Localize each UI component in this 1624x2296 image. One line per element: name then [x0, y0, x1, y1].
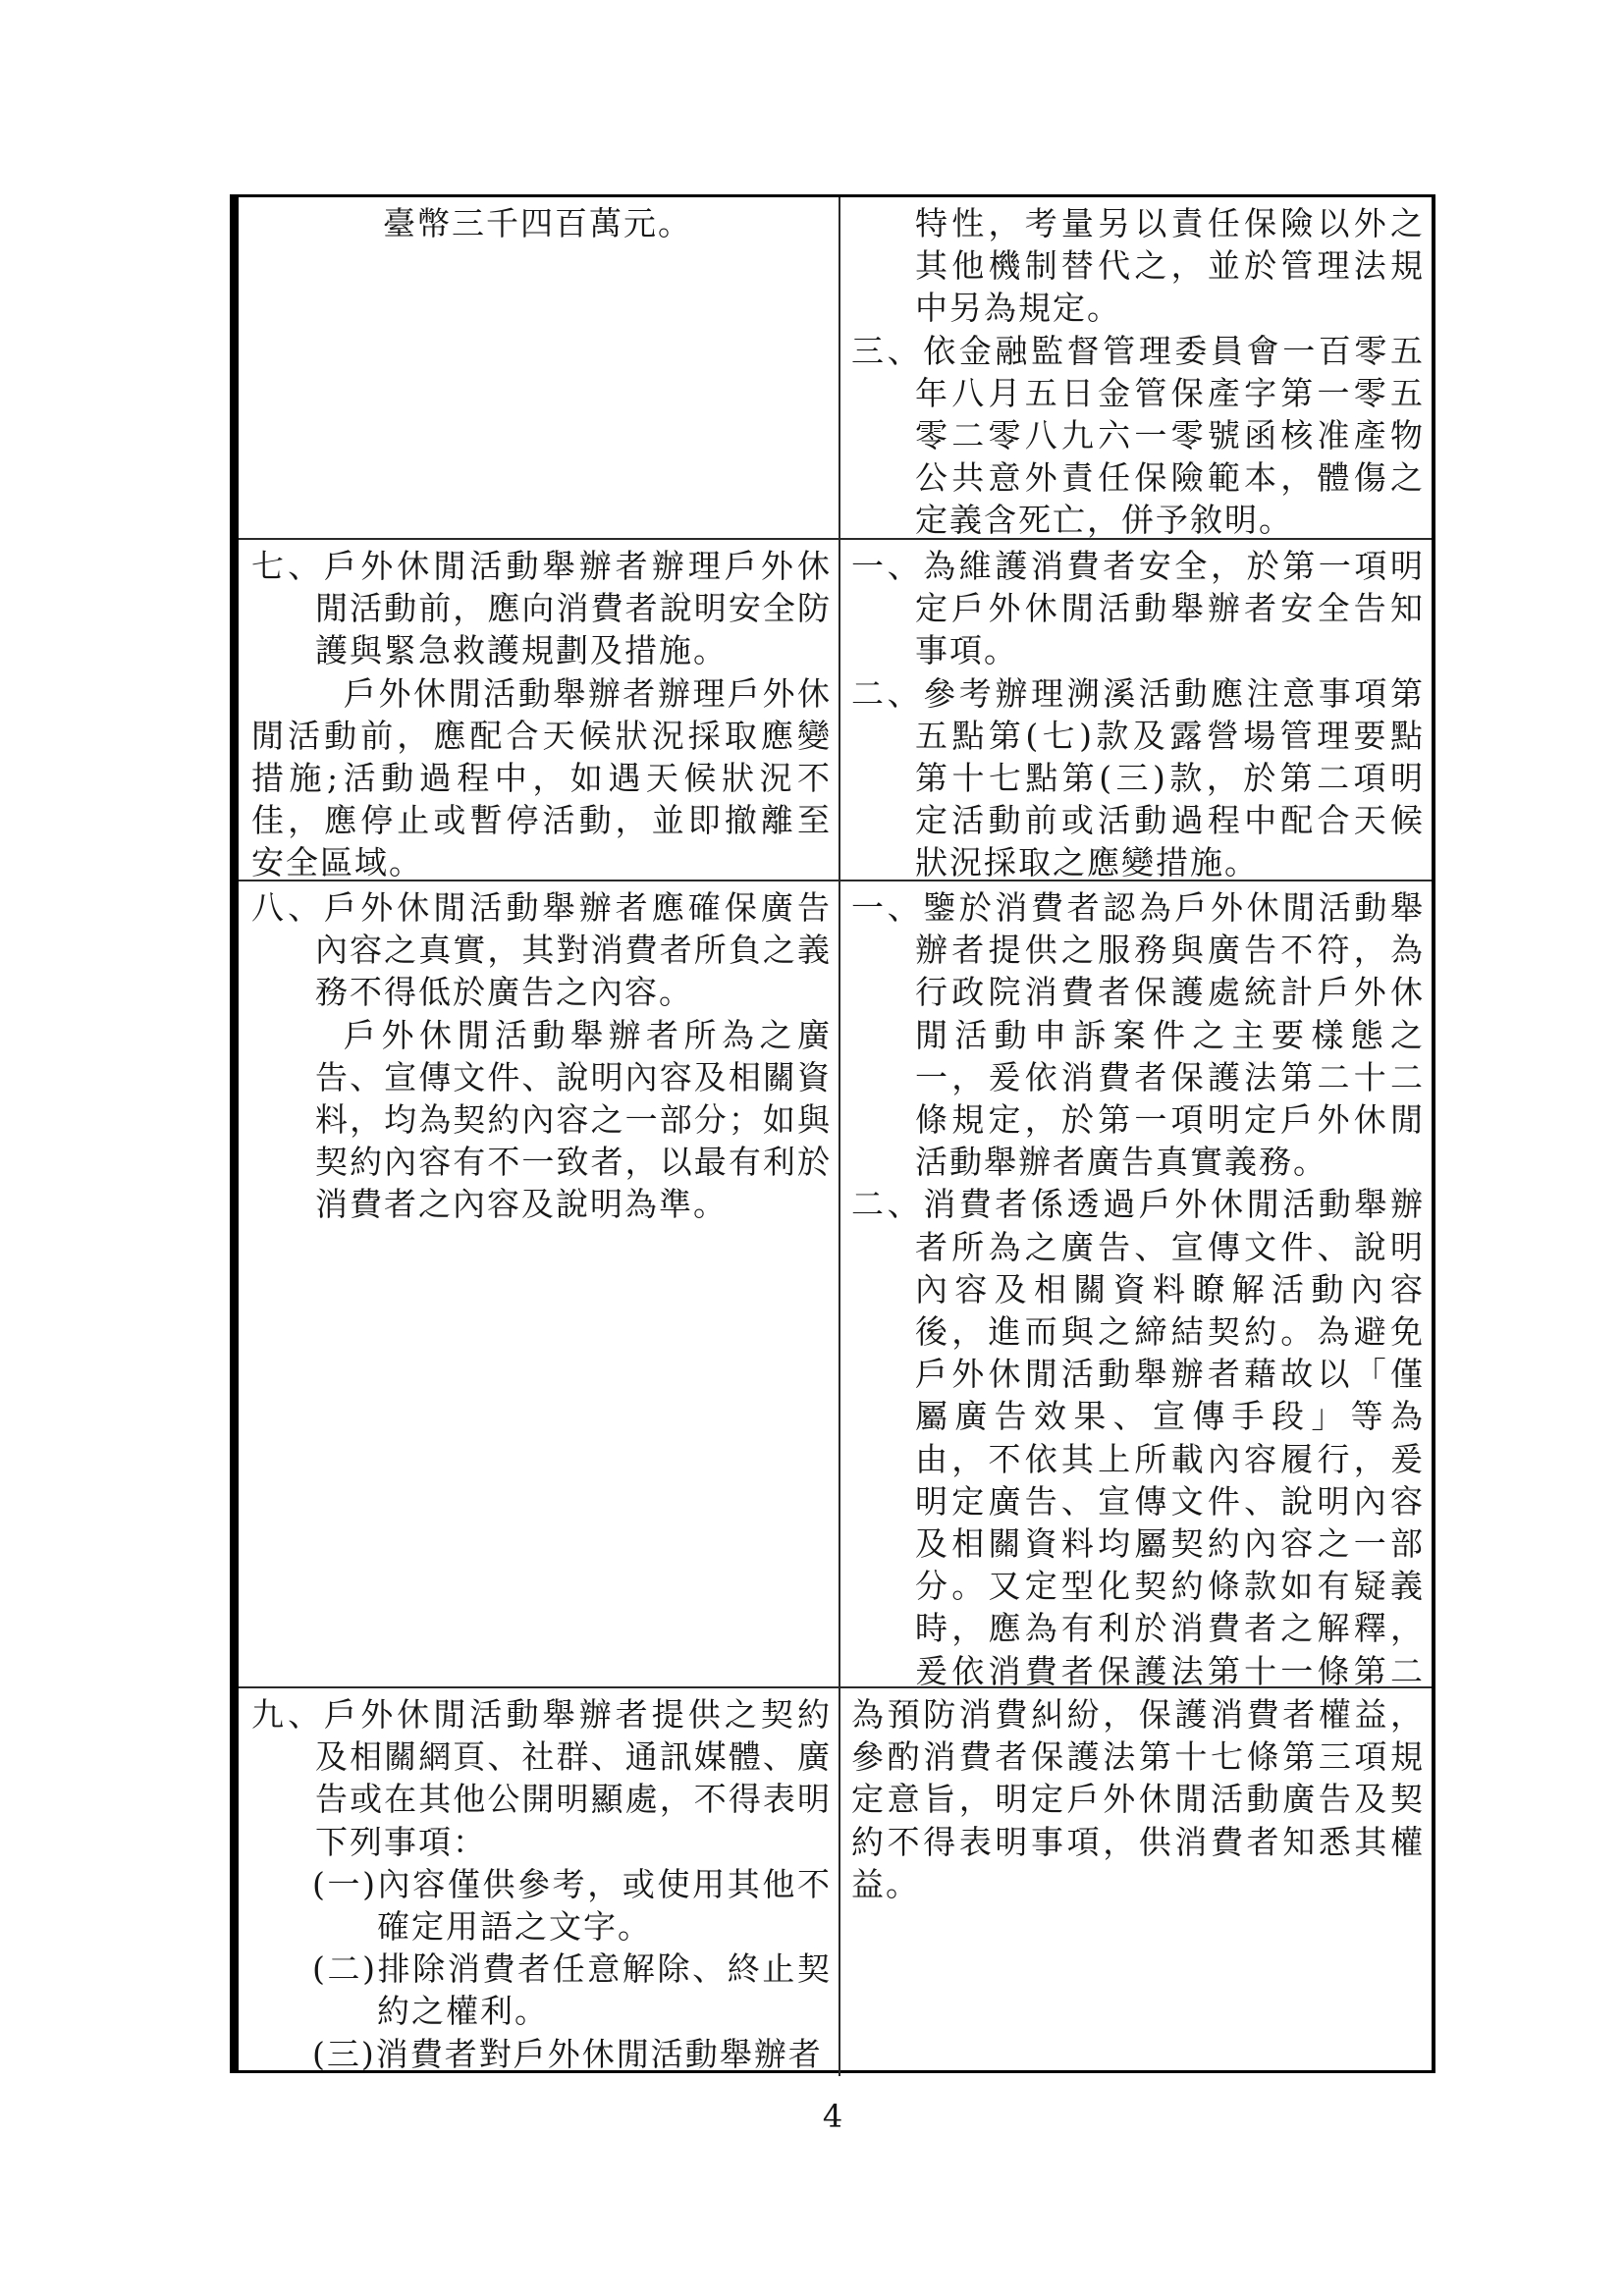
explanation-cell: 一、為維護消費者安全，於第一項明定戶外休閒活動舉辦者安全告知事項。 二、參考辦理… — [840, 540, 1432, 880]
explanation-paragraph: 為預防消費糾紛，保護消費者權益，參酌消費者保護法第十七條第三項規定意旨，明定戶外… — [851, 1693, 1425, 1905]
explanation-paragraph: 一、鑒於消費者認為戶外休閒活動舉辦者提供之服務與廣告不符，為行政院消費者保護處統… — [851, 886, 1425, 1183]
table-row: 八、戶外休閒活動舉辦者應確保廣告內容之真實，其對消費者所負之義務不得低於廣告之內… — [239, 880, 1432, 1686]
explanation-cell: 為預防消費糾紛，保護消費者權益，參酌消費者保護法第十七條第三項規定意旨，明定戶外… — [840, 1688, 1432, 2076]
explanation-paragraph: 一、為維護消費者安全，於第一項明定戶外休閒活動舉辦者安全告知事項。 — [851, 545, 1425, 672]
explanation-paragraph: 二、參考辦理溯溪活動應注意事項第五點第(七)款及露營場管理要點第十七點第(三)款… — [851, 672, 1425, 880]
document-page: 臺幣三千四百萬元。 特性，考量另以責任保險以外之其他機制替代之，並於管理法規中另… — [0, 0, 1624, 2296]
explanation-paragraph: 三、依金融監督管理委員會一百零五年八月五日金管保產字第一零五零二零八九六一零號函… — [851, 330, 1425, 538]
explanation-paragraph: 特性，考量另以責任保險以外之其他機制替代之，並於管理法規中另為規定。 — [851, 202, 1425, 330]
provision-cell: 七、戶外休閒活動舉辦者辦理戶外休閒活動前，應向消費者說明安全防護與緊急救護規劃及… — [239, 540, 840, 880]
provision-paragraph: 臺幣三千四百萬元。 — [251, 202, 832, 244]
explanation-paragraph: 二、消費者係透過戶外休閒活動舉辦者所為之廣告、宣傳文件、說明內容及相關資料瞭解活… — [851, 1183, 1425, 1686]
provision-subitem-paragraph: (一)內容僅供參考，或使用其他不確定用語之文字。 — [251, 1863, 832, 1948]
explanation-cell: 特性，考量另以責任保險以外之其他機制替代之，並於管理法規中另為規定。 三、依金融… — [840, 197, 1432, 538]
provision-cell: 九、戶外休閒活動舉辦者提供之契約及相關網頁、社群、通訊媒體、廣告或在其他公開明顯… — [239, 1688, 840, 2076]
provision-paragraph: 七、戶外休閒活動舉辦者辦理戶外休閒活動前，應向消費者說明安全防護與緊急救護規劃及… — [251, 545, 832, 672]
provision-paragraph: 戶外休閒活動舉辦者辦理戶外休閒活動前，應配合天候狀況採取應變措施;活動過程中，如… — [251, 672, 832, 880]
table-row: 臺幣三千四百萬元。 特性，考量另以責任保險以外之其他機制替代之，並於管理法規中另… — [239, 197, 1432, 538]
page-number: 4 — [230, 2098, 1435, 2135]
table-row: 七、戶外休閒活動舉辦者辦理戶外休閒活動前，應向消費者說明安全防護與緊急救護規劃及… — [239, 538, 1432, 880]
provision-subitem-paragraph: (二)排除消費者任意解除、終止契約之權利。 — [251, 1948, 832, 2032]
provision-paragraph: 八、戶外休閒活動舉辦者應確保廣告內容之真實，其對消費者所負之義務不得低於廣告之內… — [251, 886, 832, 1014]
provision-cell: 臺幣三千四百萬元。 — [239, 197, 840, 538]
provision-subitem-paragraph: (三)消費者對戶外休閒活動舉辦者 — [251, 2033, 832, 2075]
provision-paragraph: 九、戶外休閒活動舉辦者提供之契約及相關網頁、社群、通訊媒體、廣告或在其他公開明顯… — [251, 1693, 832, 1863]
explanation-cell: 一、鑒於消費者認為戶外休閒活動舉辦者提供之服務與廣告不符，為行政院消費者保護處統… — [840, 881, 1432, 1686]
provision-explanation-table: 臺幣三千四百萬元。 特性，考量另以責任保險以外之其他機制替代之，並於管理法規中另… — [230, 194, 1435, 2073]
table-row: 九、戶外休閒活動舉辦者提供之契約及相關網頁、社群、通訊媒體、廣告或在其他公開明顯… — [239, 1686, 1432, 2076]
provision-paragraph: 戶外休閒活動舉辦者所為之廣告、宣傳文件、說明內容及相關資料，均為契約內容之一部分… — [251, 1014, 832, 1226]
provision-cell: 八、戶外休閒活動舉辦者應確保廣告內容之真實，其對消費者所負之義務不得低於廣告之內… — [239, 881, 840, 1686]
